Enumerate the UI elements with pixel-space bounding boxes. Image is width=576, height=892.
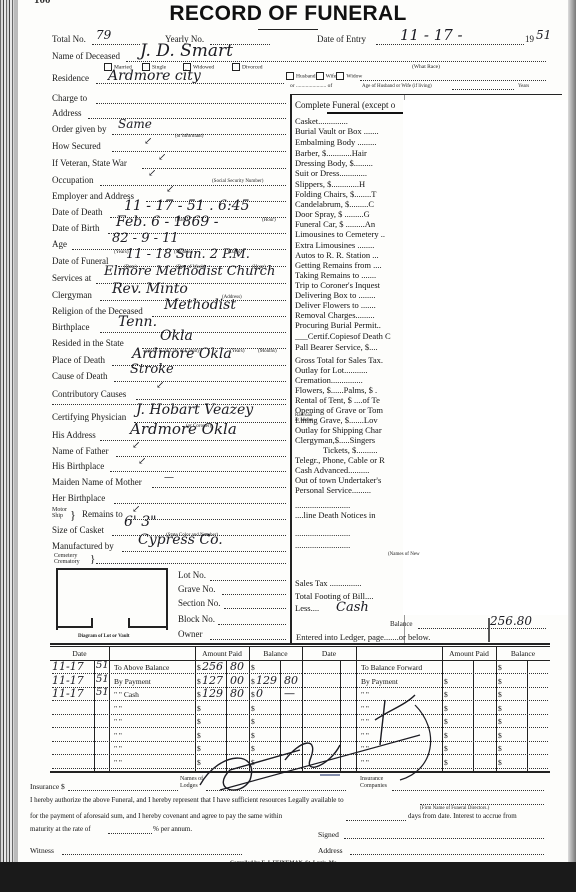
days-from-date-text: days from date. Interest to accrue from [408, 812, 517, 820]
witness-label: Witness [30, 846, 54, 855]
document-title: RECORD OF FUNERAL [0, 2, 576, 26]
complete-funeral-header: Complete Funeral (except o [295, 100, 395, 110]
size-of-casket-value[interactable]: 6' 3" [124, 514, 157, 530]
service-item: Procuring Burial Permit.. [295, 320, 381, 330]
mother-birthplace-label: Her Birthplace [52, 493, 105, 503]
ledger-description: By Payment [361, 677, 398, 686]
date-of-birth-value[interactable]: Feb. 6 - 1869 - [116, 214, 218, 230]
services-at-label: Services at [52, 273, 91, 283]
spouse-line [360, 80, 546, 81]
amount-paid-dollars[interactable]: 127 [202, 674, 223, 687]
cause-of-death-line [114, 381, 286, 382]
dollar-sign-icon: $ [197, 677, 201, 686]
order-given-by-value[interactable]: Same [118, 117, 152, 131]
residence-value[interactable]: Ardmore city [108, 68, 201, 84]
age-value[interactable]: 82 - 9 - 11 [112, 231, 179, 246]
amount-paid-cents[interactable]: 80 [230, 660, 244, 673]
mother-maiden-line [152, 487, 286, 488]
occupation-line [100, 185, 286, 186]
age-label: Age [52, 239, 67, 249]
lot-no-label: Lot No. [178, 570, 206, 580]
amount-paid-cents[interactable]: 00 [230, 674, 244, 687]
date-of-death-value[interactable]: 11 - 17 - 51 . 6:45 [124, 198, 250, 214]
authorization-text: I hereby authorize the above Funeral, an… [30, 796, 344, 804]
service-item: Flowers, $......Palms, $ . [295, 385, 377, 395]
balance-dollars[interactable]: 129 [256, 674, 277, 687]
cemetery-line[interactable] [96, 563, 286, 564]
year-prefix: 19 [525, 34, 534, 44]
ledger-description: " " [114, 704, 122, 713]
total-no-value[interactable]: 79 [96, 28, 111, 42]
ledger-col [496, 646, 497, 771]
ledger-description: To Above Balance [114, 663, 169, 672]
ledger-entry-note: Entered into Ledger, page.......or below… [296, 632, 430, 642]
service-item: Candelabrum, $.........C [295, 199, 374, 209]
ledger-left-date-header: Date [50, 649, 109, 658]
employer-value[interactable]: ↙ [166, 184, 174, 195]
charge-to-label: Charge to [52, 93, 87, 103]
owner-line[interactable] [210, 639, 286, 640]
his-address-label: His Address [52, 430, 96, 440]
contributory-causes-label: Contributory Causes [52, 389, 126, 399]
age-spouse-line [452, 89, 514, 90]
service-item: ....line Death Notices in [295, 510, 376, 520]
occupation-value[interactable]: ↙ [148, 168, 156, 179]
service-item: Sales Tax ............... [295, 578, 362, 588]
margin-mark [488, 618, 490, 642]
father-value[interactable]: ↙ [132, 440, 140, 451]
balance-cents[interactable]: 80 [284, 674, 298, 687]
lodges-label: Names ofLodges [180, 776, 203, 790]
size-of-casket-label: Size of Casket [52, 525, 104, 535]
service-item: Removal Charges......... [295, 310, 375, 320]
manufactured-by-line [122, 551, 286, 552]
dollar-sign-icon: $ [251, 677, 255, 686]
balance-line [418, 628, 546, 629]
ledger-top-rule-2 [50, 646, 550, 647]
spouse-checkboxes[interactable]: HusbandWifeWidow [286, 72, 362, 80]
service-item: Autos to R. R. Station ... [295, 250, 379, 260]
page-edge-shadow [568, 0, 576, 892]
dollar-sign-icon: $ [498, 677, 502, 686]
resided-value[interactable]: Okla [160, 328, 193, 344]
father-birthplace-value[interactable]: ↙ [138, 456, 146, 467]
signed-line[interactable] [344, 838, 544, 839]
dollar-sign-icon: $ [498, 704, 502, 713]
service-item: Burial Vault or Box ....... [295, 126, 379, 136]
religion-value[interactable]: Methodist [164, 297, 236, 313]
service-item: ___Certif.Copiesof Death C [295, 331, 391, 341]
year-value[interactable]: 51 [536, 28, 551, 42]
date-of-funeral-value[interactable]: 11 - 18 Sun. 2 P.M. [126, 247, 250, 262]
service-item: Trip to Coroner's Inquest [295, 280, 380, 290]
hour-note: (Hour) [262, 218, 276, 223]
father-birthplace-line [110, 471, 286, 472]
dollar-sign-icon: $ [498, 758, 502, 767]
checkbox-divorced[interactable]: Divorced [232, 63, 262, 71]
service-item: Outlay for Shipping Char [295, 425, 382, 435]
service-item: Getting Remains from .... [295, 260, 382, 270]
service-item: Clergyman,$.....Singers [295, 435, 375, 445]
veteran-war-value[interactable]: ↙ [158, 152, 166, 163]
service-item: Suit or Dress............. [295, 168, 367, 178]
less-value[interactable]: Cash [336, 600, 369, 615]
dollar-sign-icon: $ [251, 663, 255, 672]
service-item: Funeral Car, $ .........An [295, 219, 375, 229]
ledger-left-amount-header: Amount Paid [195, 649, 249, 658]
certifying-physician-label: Certifying Physician [52, 412, 126, 422]
order-given-by-note: (or informant) [175, 134, 203, 139]
binder-edge [0, 0, 14, 892]
ledger-left-balance-header: Balance [249, 649, 302, 658]
service-item: Pall Bearer Service, $.... [295, 342, 378, 352]
place-of-death-label: Place of Death [52, 355, 105, 365]
what-race-note: (What Race) [412, 64, 440, 70]
date-of-entry-label: Date of Entry [317, 34, 366, 44]
services-at-value[interactable]: Elmore Methodist Church [104, 264, 275, 279]
ledger-description: " " [114, 758, 122, 767]
panel-top-rule [290, 94, 562, 95]
section-no-line[interactable] [224, 608, 286, 609]
occupation-label: Occupation [52, 175, 93, 185]
ledger-right-balance-header: Balance [496, 649, 550, 658]
father-birthplace-label: His Birthplace [52, 461, 104, 471]
residence-label: Residence [52, 73, 89, 83]
age-of-spouse-label: Age of Husband or Wife (if living) [362, 84, 432, 89]
manufactured-by-value[interactable]: Cypress Co. [138, 532, 223, 548]
grave-no-label: Grave No. [178, 584, 216, 594]
employer-label: Employer and Address [52, 191, 134, 201]
brace-icon: } [90, 553, 95, 565]
balance-label: Balance [390, 620, 413, 628]
clergyman-value[interactable]: Rev. Minto [112, 281, 188, 297]
service-item: Deliver Flowers to ....... [295, 300, 376, 310]
birthplace-line [100, 332, 286, 333]
ledger-right-amount-header: Amount Paid [442, 649, 496, 658]
signed-label: Signed [318, 830, 339, 839]
service-item: Out of town Undertaker's [295, 475, 381, 485]
address-label: Address [318, 846, 343, 855]
service-item: Tickets, $.......... [323, 445, 377, 455]
ledger-date[interactable]: 11-17 [52, 687, 84, 700]
insurance-companies-label: InsuranceCompanies [360, 776, 387, 790]
scan-bottom-edge [0, 862, 576, 892]
funeral-record-page: 100 RECORD OF FUNERAL Total No. 79 Yearl… [0, 0, 576, 892]
days-line[interactable] [346, 820, 406, 821]
ledger-description: " " [114, 731, 122, 740]
ledger-description: " " [114, 744, 122, 753]
ledger-year[interactable]: 51 [96, 660, 109, 671]
title-underline [258, 29, 318, 30]
motor-ship-label: MotorShip [52, 507, 67, 519]
ledger-right-date-header: Date [302, 649, 356, 658]
block-no-line[interactable] [218, 624, 286, 625]
birthplace-label: Birthplace [52, 322, 90, 332]
certifying-physician-value[interactable]: J. Hobart Veazey [136, 402, 253, 418]
ledger-year[interactable]: 51 [96, 674, 109, 685]
ledger-date[interactable]: 11-17 [52, 660, 84, 673]
name-of-deceased-label: Name of Deceased [52, 51, 120, 61]
ledger-row-line [304, 687, 548, 688]
service-item: Less.... [295, 603, 319, 613]
service-item: Barber, $............Hair [295, 148, 367, 158]
diagram-caption: Diagram of Lot or Vault [78, 634, 130, 639]
firm-name-line[interactable] [420, 804, 544, 805]
ledger-description: To Balance Forward [361, 663, 422, 672]
cause-of-death-label: Cause of Death [52, 371, 107, 381]
service-item: .......................... [295, 528, 350, 538]
lot-no-line[interactable] [210, 580, 286, 581]
service-item: Extra Limousines ........ [295, 240, 374, 250]
veteran-war-label: If Veteran, State War [52, 158, 127, 168]
service-item: Outlay for Lot........... [295, 365, 367, 375]
service-item: Delivering Box to ........ [295, 290, 376, 300]
how-secured-label: How Secured [52, 141, 101, 151]
date-of-birth-label: Date of Birth [52, 223, 100, 233]
grave-no-line[interactable] [222, 594, 286, 595]
service-item: Telegr., Phone, Cable or R [295, 455, 385, 465]
interest-rate-line[interactable] [108, 833, 152, 834]
date-of-death-label: Date of Death [52, 207, 102, 217]
name-of-deceased-value[interactable]: J. D. Smart [140, 41, 233, 61]
total-no-line [92, 44, 140, 45]
cause-of-death-value[interactable]: Stroke [130, 362, 174, 377]
veteran-war-line [142, 168, 286, 169]
railroad-motor-label: Railroador Motor [295, 413, 313, 423]
father-label: Name of Father [52, 446, 108, 456]
service-item: Casket.............. [295, 116, 348, 126]
service-item: Cash Advanced.......... [295, 465, 369, 475]
his-address-value[interactable]: Ardmore Okla [130, 420, 237, 438]
witness-line[interactable] [62, 854, 242, 855]
service-item: Rental of Tent, $ ....of Te [295, 395, 380, 405]
service-item: Personal Service......... [295, 485, 371, 495]
lot-diagram-gate-left [91, 618, 93, 628]
ledger-date[interactable]: 11-17 [52, 674, 84, 687]
ledger-row-line [52, 687, 302, 688]
brace-icon: } [70, 508, 76, 523]
service-item: Slippers, $.............H [295, 179, 365, 189]
resided-note-months: (Months) [258, 349, 277, 354]
total-no-label: Total No. [52, 34, 86, 44]
amount-paid-dollars[interactable]: 256 [202, 660, 223, 673]
charge-to-line[interactable] [96, 103, 286, 104]
years-label: Years [518, 84, 529, 89]
service-item: Embalming Body ......... [295, 137, 376, 147]
order-given-by-label: Order given by [52, 124, 106, 134]
section-no-label: Section No. [178, 598, 221, 608]
dollar-sign-icon: $ [498, 744, 502, 753]
ledger-description: " " Cash [114, 690, 139, 699]
social-security-note: (Social Security Number) [212, 179, 263, 184]
lot-diagram-box [56, 568, 168, 630]
insurance-line[interactable] [68, 790, 178, 791]
service-item: .......................... [295, 500, 350, 510]
dollar-sign-icon: $ [498, 717, 502, 726]
remains-to-label: Remains to [82, 509, 123, 519]
birthplace-value[interactable]: Tenn. [118, 314, 157, 330]
service-item: Door Spray, $ .........G [295, 209, 370, 219]
service-item: Gross Total for Sales Tax. [295, 355, 383, 365]
binder-gutter [14, 0, 18, 892]
lodges-line[interactable] [206, 790, 346, 791]
dollar-sign-icon: $ [498, 690, 502, 699]
name-line [126, 61, 546, 62]
manufactured-by-label: Manufactured by [52, 541, 114, 551]
how-secured-value[interactable]: ↙ [144, 136, 152, 147]
insurance-label: Insurance $ [30, 782, 65, 791]
service-item: Taking Remains to ....... [295, 270, 376, 280]
dollar-sign-icon: $ [197, 663, 201, 672]
dollar-sign-icon: $ [498, 663, 502, 672]
paid-in-full-signature-icon [190, 690, 450, 800]
header-underline [327, 112, 403, 114]
mother-maiden-value[interactable]: — [164, 472, 174, 483]
date-of-entry-value[interactable]: 11 - 17 - [400, 26, 463, 44]
resided-label: Resided in the State [52, 338, 124, 348]
companies-line[interactable] [392, 790, 544, 791]
his-address-line [100, 440, 286, 441]
block-no-label: Block No. [178, 614, 215, 624]
how-secured-line [112, 151, 286, 152]
service-item: Dressing Body, $......... [295, 158, 373, 168]
clergyman-label: Clergyman [52, 290, 92, 300]
contributory-causes-value[interactable]: ↙ [156, 380, 164, 391]
ledger-row-line [304, 673, 548, 674]
maturity-text: maturity at the rate of [30, 825, 91, 833]
ledger-header-rule [50, 660, 550, 661]
date-of-funeral-label: Date of Funeral [52, 256, 108, 266]
lot-diagram-base-left [56, 626, 92, 628]
firm-name-note: (Firm Name of Funeral Directors.) [420, 806, 489, 811]
ledger-year[interactable]: 51 [96, 687, 109, 698]
date-of-entry-line [376, 44, 524, 45]
service-item: Folding Chairs, $........T [295, 189, 376, 199]
contributory-causes-line [136, 399, 286, 400]
resided-note-years: (Years) [230, 349, 245, 354]
covered-region [403, 100, 568, 615]
service-item: .......................... [295, 540, 350, 550]
dollar-sign-icon: $ [498, 731, 502, 740]
ledger-description: " " [114, 717, 122, 726]
lot-diagram-gate-right [128, 618, 130, 628]
ledger-top-rule [50, 643, 550, 645]
spouse-of-label: or ...................... of [290, 83, 332, 89]
payment-terms-text: for the payment of aforesaid sum, and I … [30, 812, 282, 820]
ledger-col [109, 646, 110, 771]
newspaper-names-note: (Names of New [388, 552, 420, 557]
owner-label: Owner [178, 629, 203, 639]
religion-line [152, 316, 286, 317]
ledger-description: By Payment [114, 677, 151, 686]
lot-diagram-base-right [128, 626, 166, 628]
cemetery-crematory-label: CemeteryCrematory [54, 553, 80, 565]
mother-maiden-label: Maiden Name of Mother [52, 477, 142, 487]
dollar-sign-icon: $ [444, 677, 448, 686]
address-label: Address [52, 108, 82, 118]
address-line[interactable] [350, 854, 544, 855]
per-annum-text: % per annum. [153, 825, 192, 833]
service-item: Cremation............... [295, 375, 363, 385]
place-of-death-value[interactable]: Ardmore Okla [132, 346, 232, 362]
service-item: Limousines to Cemetery .. [295, 229, 385, 239]
balance-value[interactable]: 256.80 [490, 614, 532, 628]
